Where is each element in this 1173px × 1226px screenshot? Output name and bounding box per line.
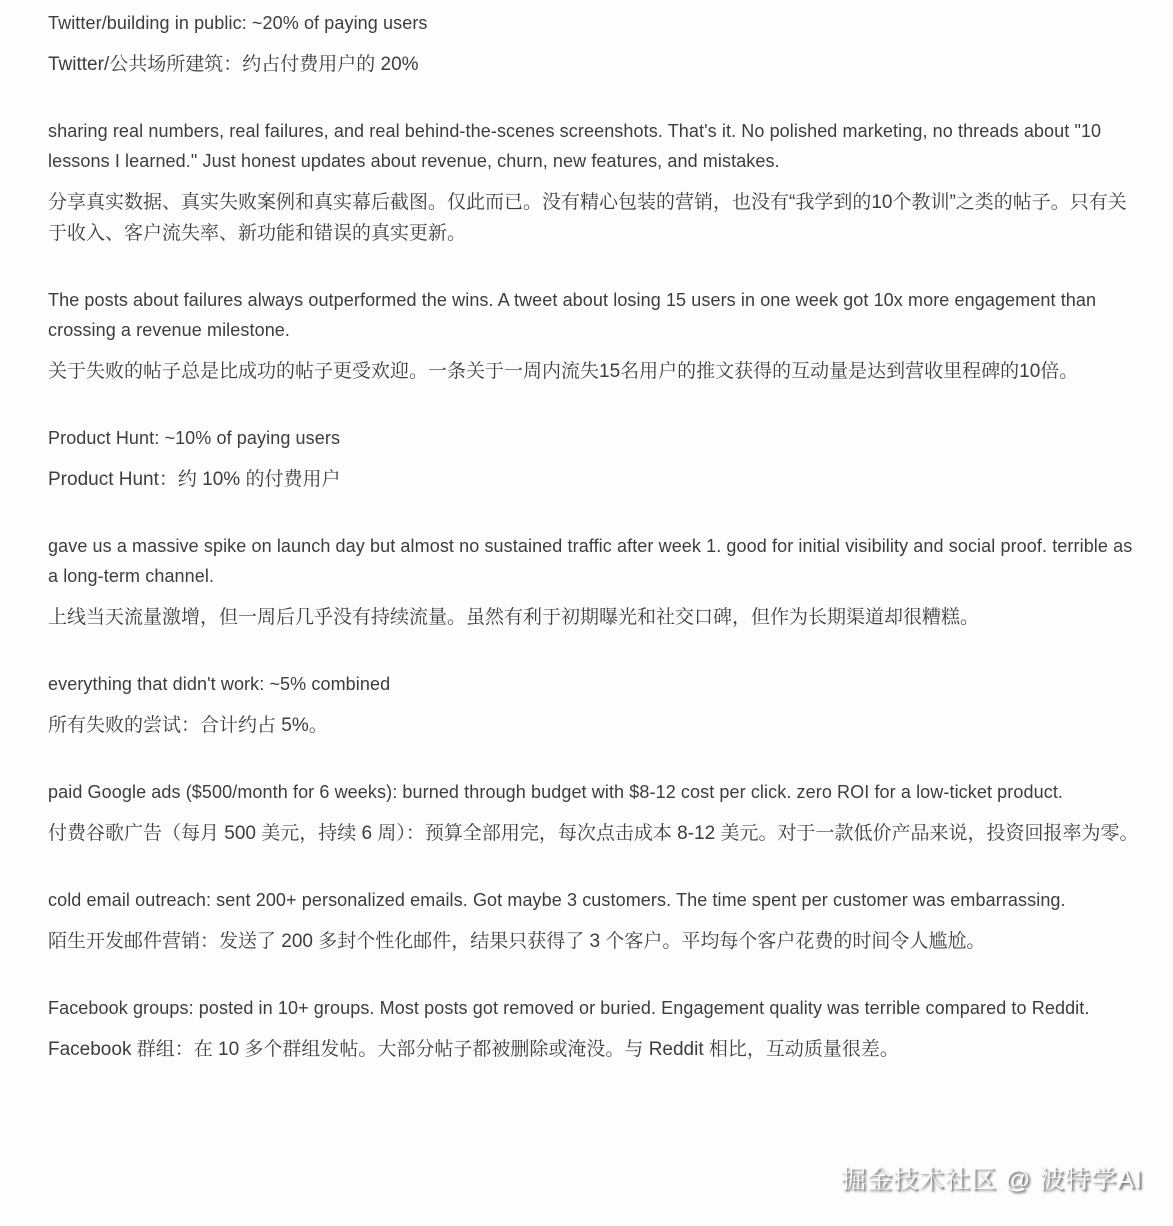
article-content: Twitter/building in public: ~20% of payi…	[0, 0, 1173, 1065]
section-break	[48, 398, 1140, 423]
paragraph-zh: 所有失败的尝试：合计约占 5%。	[48, 710, 1140, 741]
paragraph-en: cold email outreach: sent 200+ personali…	[48, 885, 1140, 915]
paragraph-en: The posts about failures always outperfo…	[48, 285, 1140, 345]
paragraph-en: everything that didn't work: ~5% combine…	[48, 669, 1140, 699]
paragraph-zh: 关于失败的帖子总是比成功的帖子更受欢迎。一条关于一周内流失15名用户的推文获得的…	[48, 356, 1140, 387]
section-break	[48, 644, 1140, 669]
paragraph-zh: 上线当天流量激增，但一周后几乎没有持续流量。虽然有利于初期曝光和社交口碑，但作为…	[48, 602, 1140, 633]
section-break	[48, 506, 1140, 531]
document-body: Twitter/building in public: ~20% of payi…	[48, 8, 1140, 1065]
paragraph-en: sharing real numbers, real failures, and…	[48, 116, 1140, 176]
paragraph-en: paid Google ads ($500/month for 6 weeks)…	[48, 777, 1140, 807]
paragraph-zh: 付费谷歌广告（每月 500 美元，持续 6 周）：预算全部用完，每次点击成本 8…	[48, 818, 1140, 849]
section-break	[48, 91, 1140, 116]
watermark: 掘金技术社区 @ 波特学AI	[841, 1160, 1143, 1196]
paragraph-zh: 分享真实数据、真实失败案例和真实幕后截图。仅此而已。没有精心包装的营销，也没有“…	[48, 187, 1140, 249]
section-break	[48, 260, 1140, 285]
paragraph-en: gave us a massive spike on launch day bu…	[48, 531, 1140, 591]
paragraph-zh: Facebook 群组：在 10 多个群组发帖。大部分帖子都被删除或淹没。与 R…	[48, 1034, 1140, 1065]
paragraph-zh: Twitter/公共场所建筑：约占付费用户的 20%	[48, 49, 1140, 80]
section-break	[48, 752, 1140, 777]
paragraph-en: Facebook groups: posted in 10+ groups. M…	[48, 993, 1140, 1023]
section-break	[48, 968, 1140, 993]
paragraph-en: Twitter/building in public: ~20% of payi…	[48, 8, 1140, 38]
section-break	[48, 860, 1140, 885]
paragraph-zh: 陌生开发邮件营销：发送了 200 多封个性化邮件，结果只获得了 3 个客户。平均…	[48, 926, 1140, 957]
paragraph-en: Product Hunt: ~10% of paying users	[48, 423, 1140, 453]
paragraph-zh: Product Hunt：约 10% 的付费用户	[48, 464, 1140, 495]
